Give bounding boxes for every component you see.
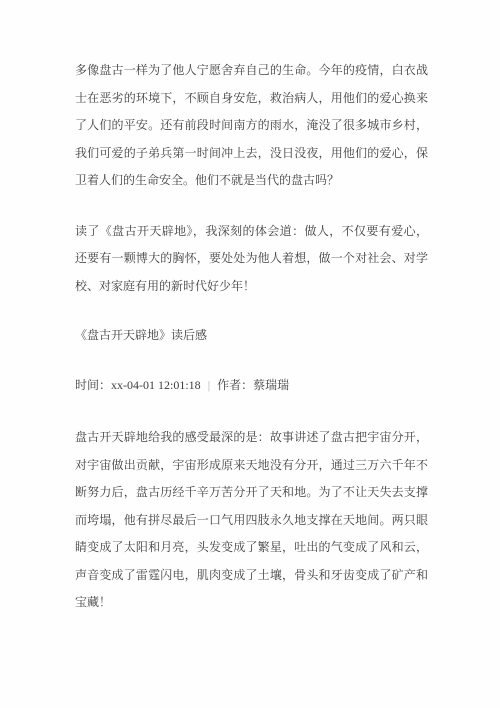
paragraph-commentary-1: 多像盘古一样为了他人宁愿舍弃自己的生命。今年的疫情，白衣战士在恶劣的环境下，不顾… [75,57,428,195]
article-page: 多像盘古一样为了他人宁愿舍弃自己的生命。今年的疫情，白衣战士在恶劣的环境下，不顾… [0,0,500,617]
time-value: xx-04-01 12:01:18 [111,378,201,392]
article-title: 《盘古开天辟地》读后感 [75,322,428,350]
paragraph-summary: 盘古开天辟地给我的感受最深的是：故事讲述了盘古把宇宙分开，对宇宙做出贡献，宇宙形… [75,424,428,617]
author-name: 蔡瑞瑞 [253,378,289,392]
author-label: 作者： [217,378,253,392]
article-meta: 时间：xx-04-01 12:01:18|作者：蔡瑞瑞 [75,372,428,400]
paragraph-commentary-2: 读了《盘古开天辟地》，我深刻的体会道：做人，不仅要有爱心，还要有一颗博大的胸怀，… [75,218,428,301]
time-label: 时间： [75,378,111,392]
meta-separator: | [208,378,210,392]
